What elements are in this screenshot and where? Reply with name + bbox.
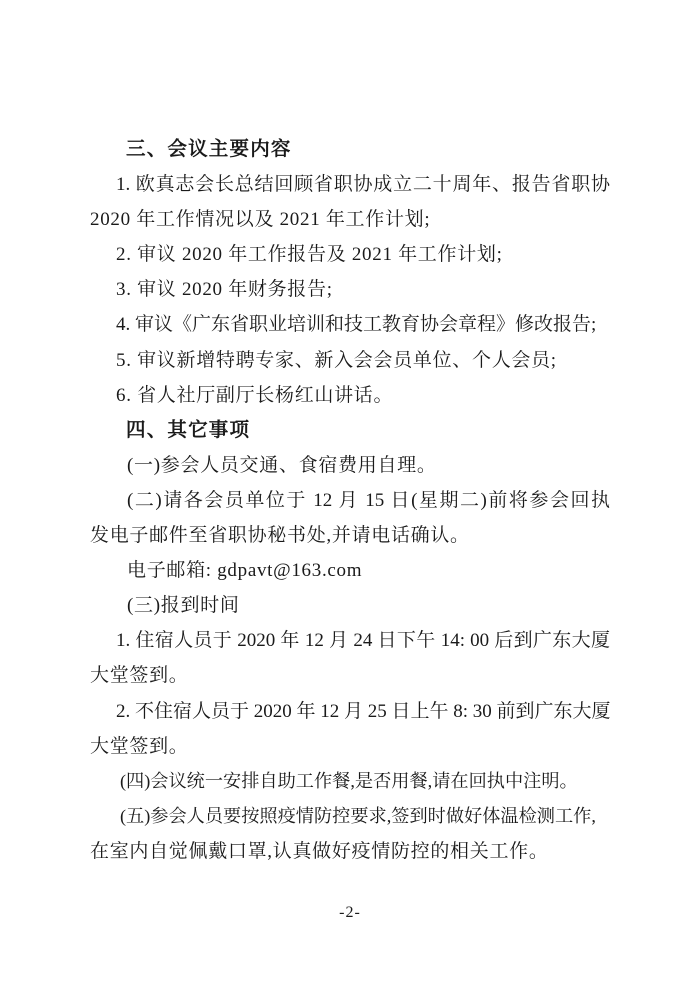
text-line: 在室内自觉佩戴口罩,认真做好疫情防控的相关工作。 (90, 834, 610, 869)
text-line: 发电子邮件至省职协秘书处,并请电话确认。 (90, 518, 610, 553)
section-heading-4: 四、其它事项 (90, 413, 610, 448)
document-body: 三、会议主要内容 1. 欧真志会长总结回顾省职协成立二十周年、报告省职协 202… (90, 132, 610, 869)
text-line: 大堂签到。 (90, 729, 610, 764)
text-line: 3. 审议 2020 年财务报告; (90, 272, 610, 307)
text-line: 2. 不住宿人员于 2020 年 12 月 25 日上午 8: 30 前到广东大… (90, 694, 610, 729)
text-line: (一)参会人员交通、食宿费用自理。 (90, 448, 610, 483)
text-line: 5. 审议新增特聘专家、新入会会员单位、个人会员; (90, 343, 610, 378)
text-line: 1. 欧真志会长总结回顾省职协成立二十周年、报告省职协 (90, 167, 610, 202)
text-line: (五)参会人员要按照疫情防控要求,签到时做好体温检测工作, (90, 799, 610, 834)
email-line: 电子邮箱: gdpavt@163.com (90, 553, 610, 588)
document-page: 三、会议主要内容 1. 欧真志会长总结回顾省职协成立二十周年、报告省职协 202… (0, 0, 700, 990)
page-number: -2- (0, 904, 700, 922)
text-line: 2. 审议 2020 年工作报告及 2021 年工作计划; (90, 237, 610, 272)
section-heading-3: 三、会议主要内容 (90, 132, 610, 167)
text-line: 4. 审议《广东省职业培训和技工教育协会章程》修改报告; (90, 307, 610, 342)
text-line: (四)会议统一安排自助工作餐,是否用餐,请在回执中注明。 (90, 764, 610, 799)
text-line: (三)报到时间 (90, 588, 610, 623)
text-line: 2020 年工作情况以及 2021 年工作计划; (90, 202, 610, 237)
text-line: 6. 省人社厅副厅长杨红山讲话。 (90, 378, 610, 413)
text-line: (二)请各会员单位于 12 月 15 日(星期二)前将参会回执 (90, 483, 610, 518)
text-line: 1. 住宿人员于 2020 年 12 月 24 日下午 14: 00 后到广东大… (90, 623, 610, 658)
text-line: 大堂签到。 (90, 658, 610, 693)
